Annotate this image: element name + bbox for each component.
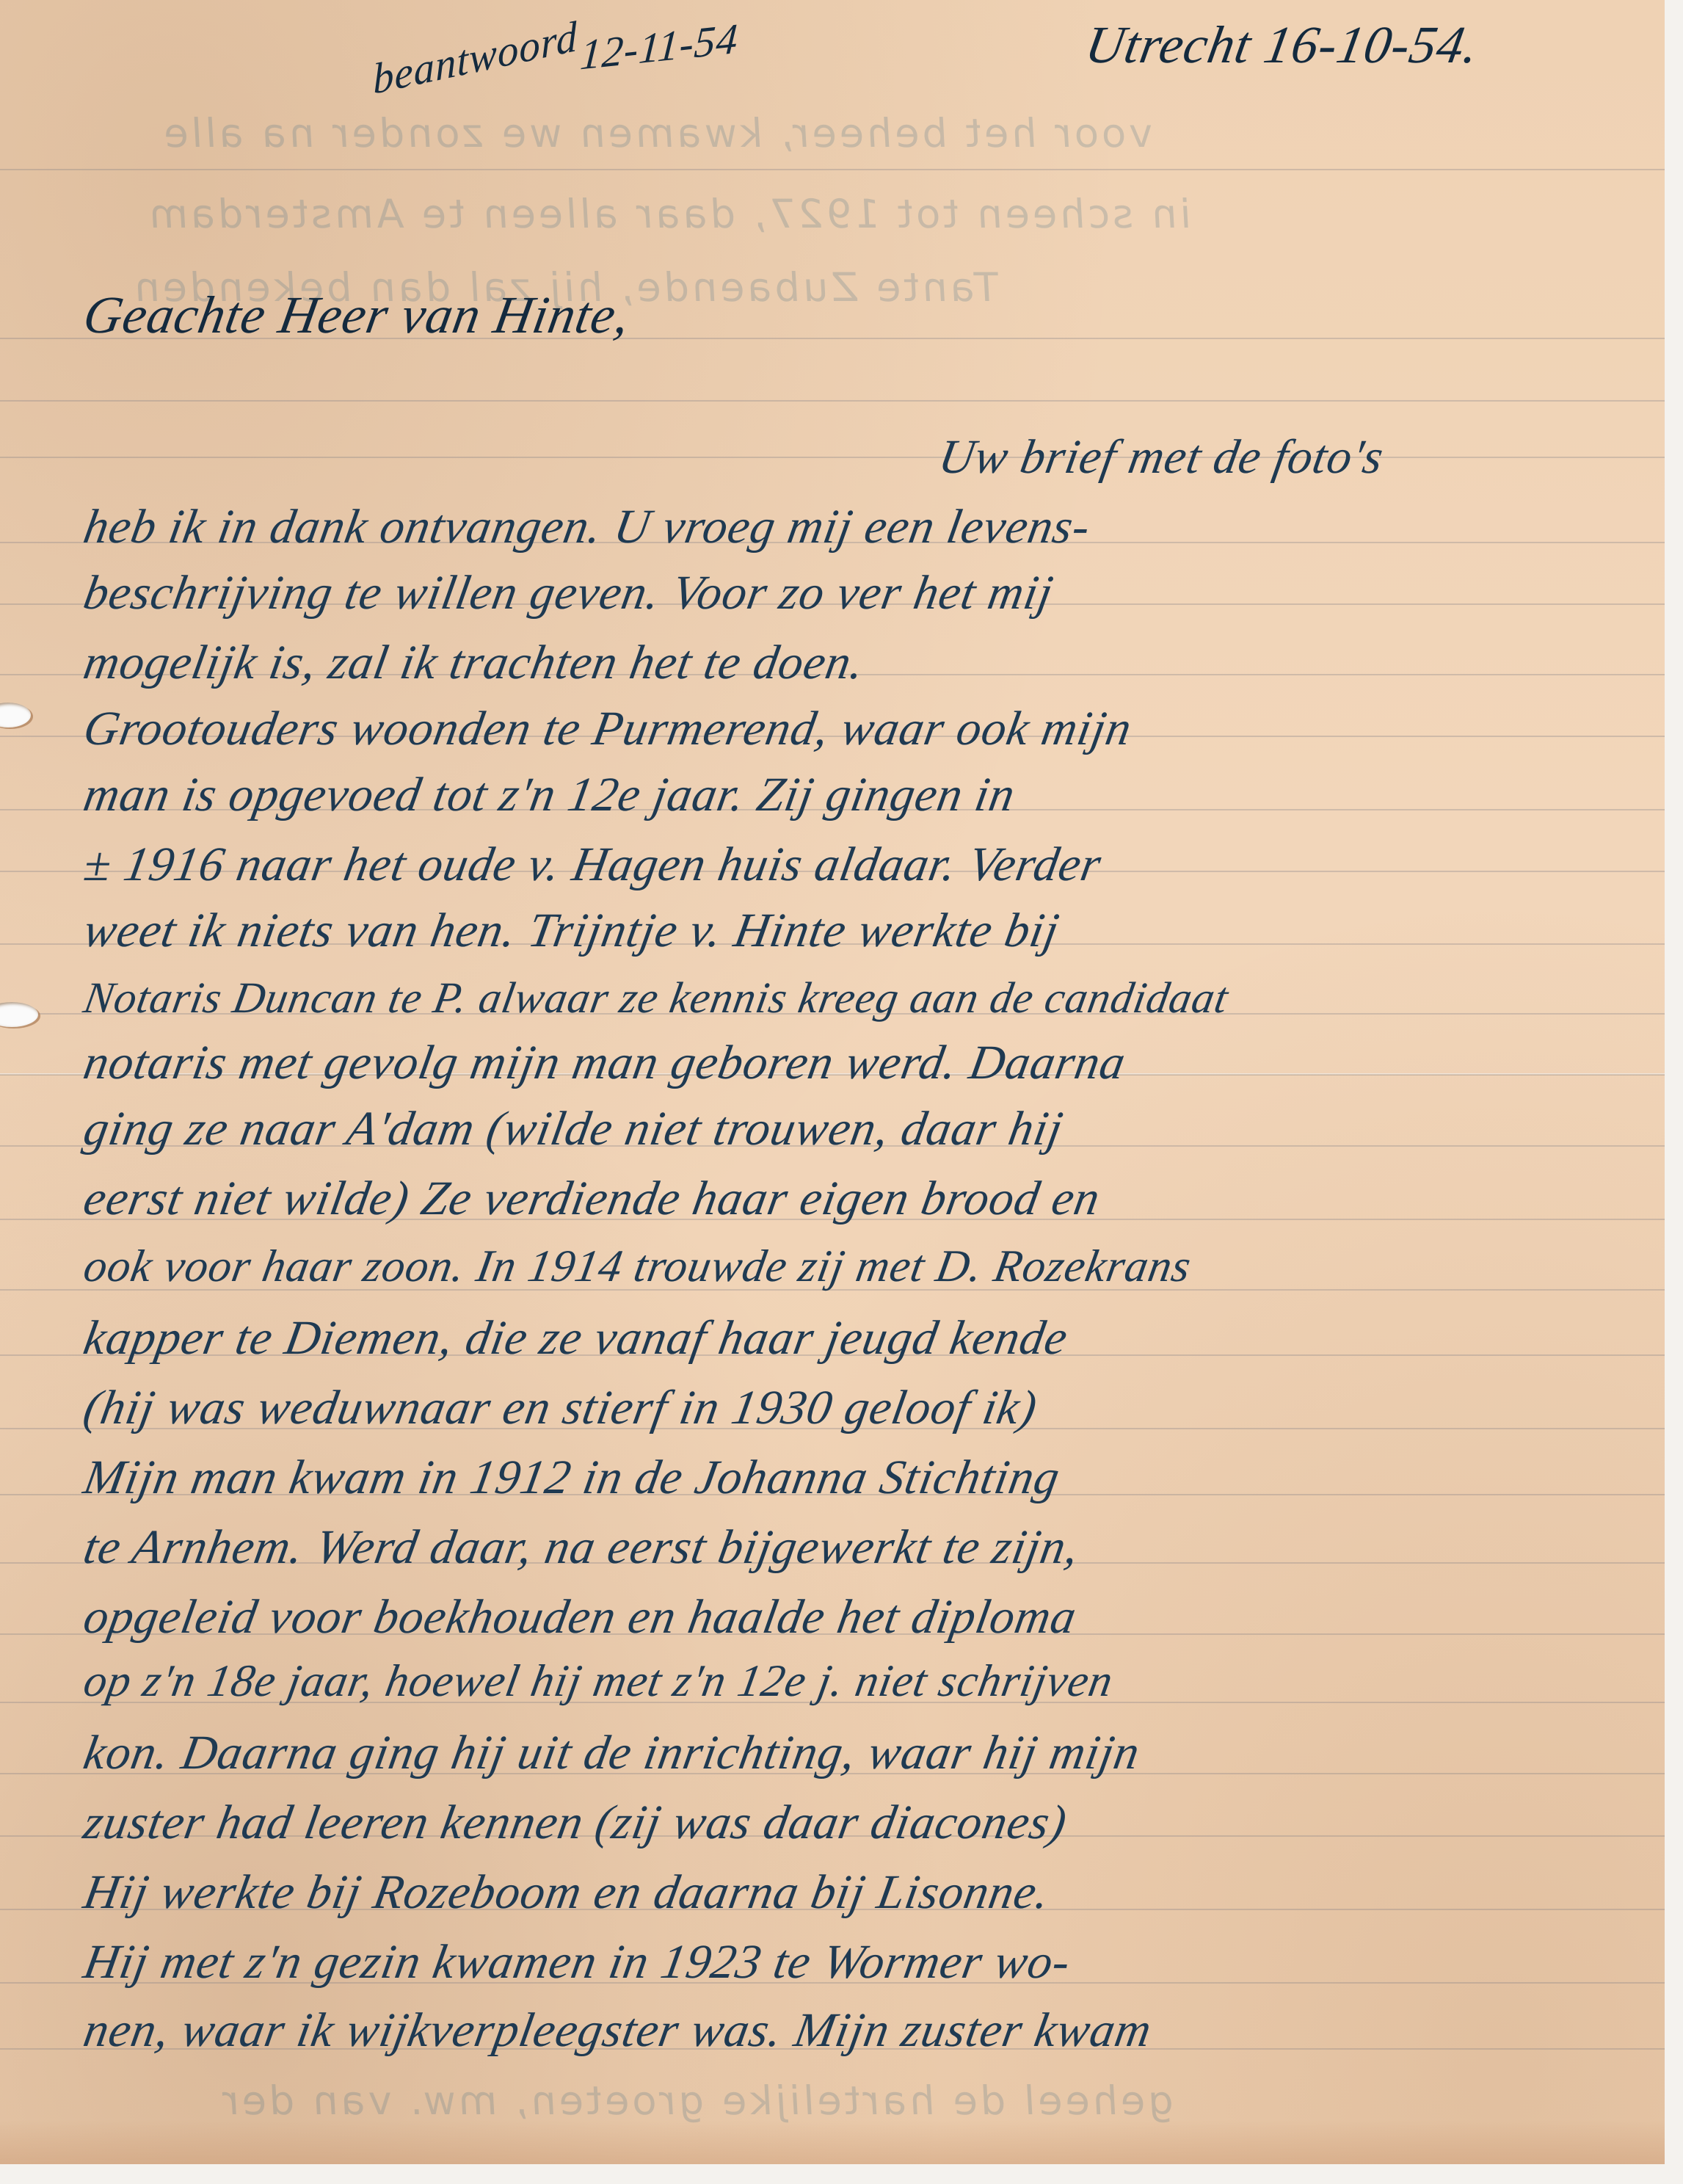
body-line: weet ik niets van hen. Trijntje v. Hinte… — [79, 903, 1064, 959]
body-line: Hij werkte bij Rozeboom en daarna bij Li… — [79, 1865, 1054, 1920]
body-line: nen, waar ik wijkverpleegster was. Mijn … — [79, 2003, 1156, 2058]
place-date: Utrecht 16-10-54. — [1081, 15, 1484, 76]
body-line: te Arnhem. Werd daar, na eerst bijgewerk… — [79, 1520, 1083, 1575]
body-line: Notaris Duncan te P. alwaar ze kennis kr… — [80, 973, 1232, 1023]
body-line: Hij met z'n gezin kwamen in 1923 te Worm… — [79, 1934, 1075, 1990]
salutation: Geachte Heer van Hinte, — [79, 285, 635, 346]
answered-annotation: beantwoord — [372, 11, 578, 104]
body-line: heb ik in dank ontvangen. U vroeg mij ee… — [79, 499, 1094, 555]
body-line: ± 1916 naar het oude v. Hagen huis aldaa… — [79, 837, 1105, 893]
rule-line — [0, 169, 1665, 170]
paper-stain — [0, 2120, 1665, 2164]
body-line: op z'n 18e jaar, hoewel hij met z'n 12e … — [80, 1655, 1117, 1708]
body-line: opgeleid voor boekhouden en haalde het d… — [79, 1589, 1080, 1645]
body-line: notaris met gevolg mijn man geboren werd… — [79, 1035, 1130, 1091]
letter-sheet: voor het beheer, kwamen we zonder na all… — [0, 0, 1665, 2164]
punch-hole — [0, 1002, 38, 1027]
body-line: kon. Daarna ging hij uit de inrichting, … — [79, 1725, 1144, 1781]
body-line: mogelijk is, zal ik trachten het te doen… — [79, 635, 868, 691]
punch-hole — [0, 703, 31, 728]
body-line: Grootouders woonden te Purmerend, waar o… — [79, 701, 1136, 757]
body-line: beschrijving te willen geven. Voor zo ve… — [79, 565, 1058, 621]
bleed-through-text: in scheen tot 1927, daar alleen te Amste… — [144, 191, 1195, 237]
rule-line — [0, 457, 1665, 458]
body-line: (hij was weduwnaar en stierf in 1930 gel… — [79, 1380, 1042, 1436]
body-line: eerst niet wilde) Ze verdiende haar eige… — [79, 1171, 1105, 1227]
bleed-through-text: voor het beheer, kwamen we zonder na all… — [159, 110, 1156, 156]
body-line: ging ze naar A'dam (wilde niet trouwen, … — [79, 1101, 1067, 1157]
body-line: Mijn man kwam in 1912 in de Johanna Stic… — [79, 1450, 1064, 1506]
body-line: man is opgevoed tot z'n 12e jaar. Zij gi… — [79, 767, 1019, 823]
bleed-through-text: geheel de hartelijke groeten, mw. van de… — [217, 2078, 1177, 2124]
answered-date: 12-11-54 — [578, 13, 740, 79]
rule-line — [0, 400, 1665, 402]
body-line: Uw brief met de foto's — [934, 429, 1388, 485]
body-line: zuster had leeren kennen (zij was daar d… — [79, 1795, 1071, 1851]
body-line: ook voor haar zoon. In 1914 trouwde zij … — [80, 1241, 1196, 1293]
body-line: kapper te Diemen, die ze vanaf haar jeug… — [79, 1310, 1072, 1366]
